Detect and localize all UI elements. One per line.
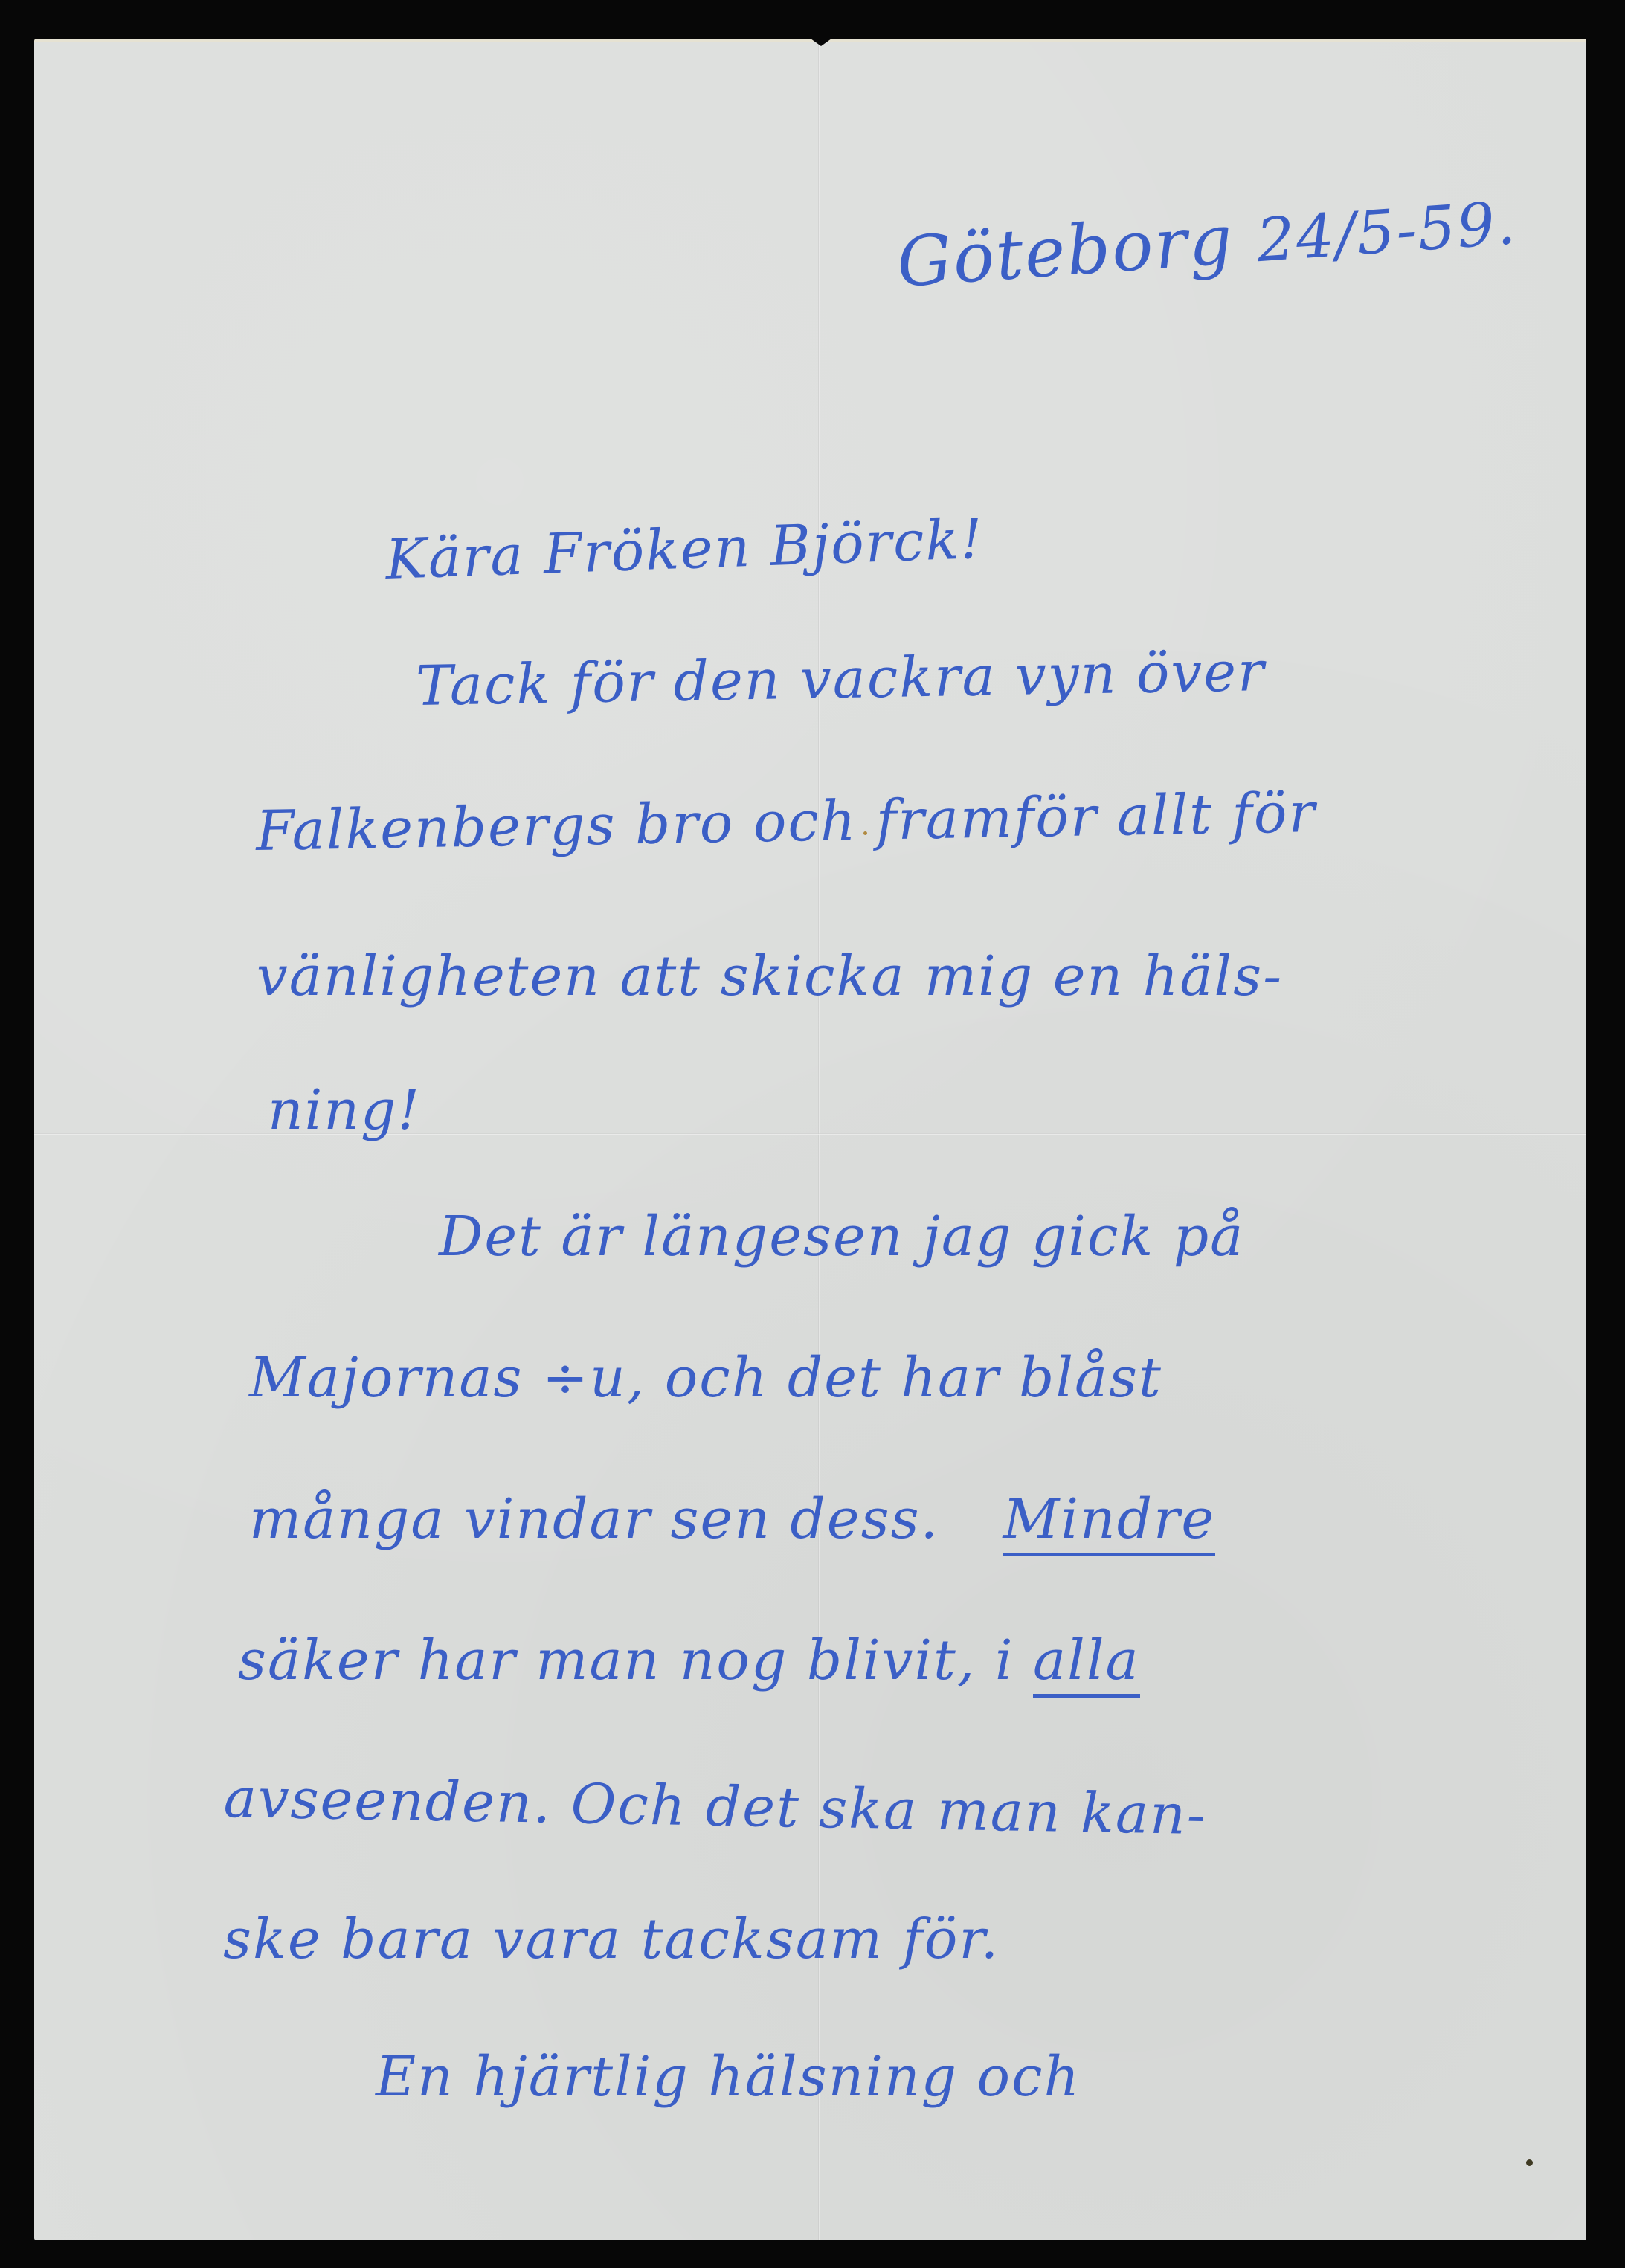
paper-notch — [811, 39, 831, 46]
letter-line-10: ske bara vara tacksam för. — [223, 1907, 1000, 1971]
underlined-word-mindre: Mindre — [1003, 1487, 1216, 1556]
letter-line-11: En hjärtlig hälsning och — [376, 2045, 1081, 2109]
letter-line-5: Det är längesen jag gick på — [439, 1205, 1244, 1269]
letter-line-7-text: många vindar sen dess. — [249, 1487, 939, 1551]
letter-line-6: Majornas ÷u, och det har blåst — [249, 1346, 1162, 1410]
underlined-word-alla: alla — [1033, 1628, 1140, 1698]
letter-line-4: ning! — [268, 1078, 421, 1142]
letter-line-3: vänligheten att skicka mig en häls- — [257, 944, 1283, 1008]
letter-line-8-text: säker har man nog blivit, i — [238, 1628, 1014, 1692]
letter-line-8: säker har man nog blivit, i alla — [238, 1628, 1140, 1692]
letter-line-7: många vindar sen dess. Mindre — [249, 1487, 1215, 1551]
ink-spot — [1526, 2159, 1533, 2166]
